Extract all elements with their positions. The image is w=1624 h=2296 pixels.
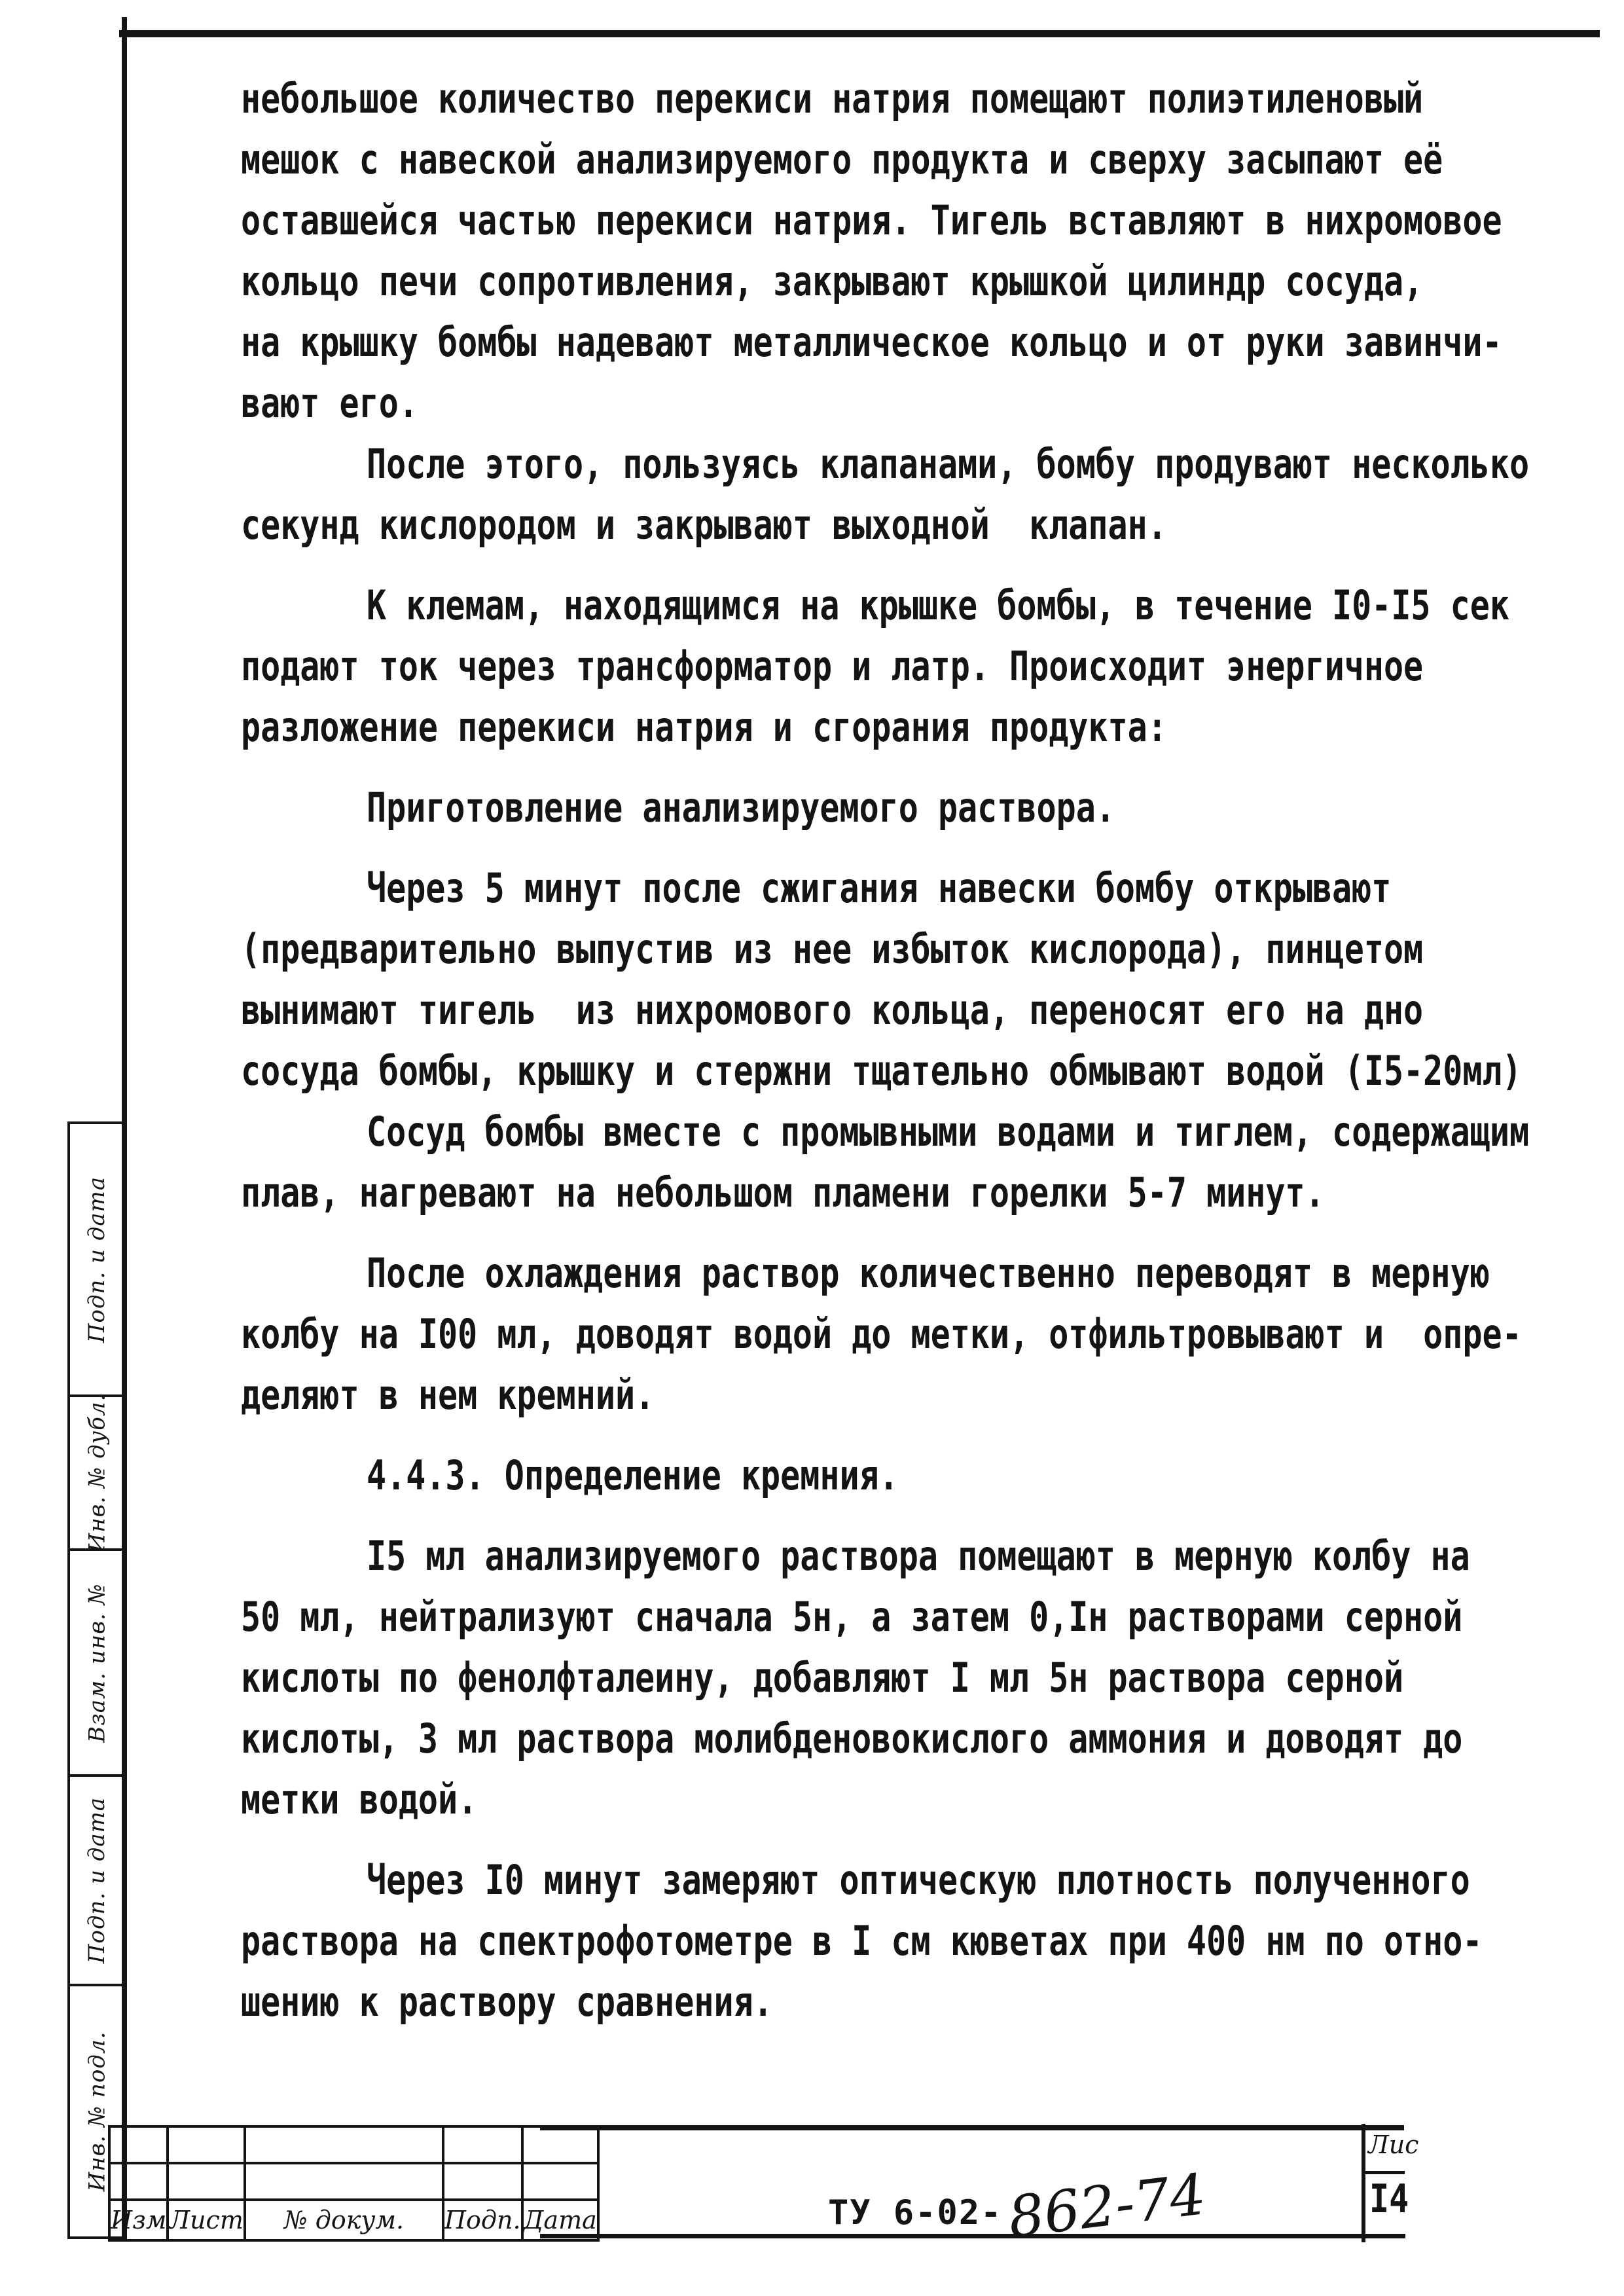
sheet-number: I4 — [1369, 2176, 1409, 2222]
empty-cell — [443, 2126, 522, 2163]
footer-title-block-table: Изм Лист № докум. Подп. Дата — [108, 2125, 600, 2242]
text-line: секунд кислородом и закрывают выходной к… — [241, 487, 1615, 563]
table-row — [109, 2126, 598, 2163]
text-line: метки водой. — [241, 1762, 1615, 1838]
column-header-no-dokum: № докум. — [245, 2200, 443, 2240]
empty-cell — [522, 2163, 598, 2200]
text-line: шению к раствору сравнения. — [241, 1964, 1615, 2040]
sidebar-cell-podp-i-data: Подп. и дата — [67, 1121, 127, 1394]
table-row — [109, 2163, 598, 2200]
sheet-box-left-border — [1362, 2124, 1365, 2242]
text-line: деляют в нем кремний. — [241, 1357, 1615, 1433]
empty-cell — [168, 2163, 245, 2200]
empty-cell — [245, 2163, 443, 2200]
sheet-label: Лис — [1368, 2130, 1418, 2159]
empty-cell — [443, 2163, 522, 2200]
empty-cell — [109, 2126, 168, 2163]
sidebar-cell-label: Взам. инв. № — [84, 1583, 111, 1742]
text-line: плав, нагревают на небольшом пламени гор… — [241, 1155, 1615, 1231]
document-designation: ТУ 6-02-862-74 — [828, 2180, 1207, 2246]
text-line: 4.4.3. Определение кремния. — [241, 1438, 1615, 1514]
body-text: небольшое количество перекиси натрия пом… — [241, 69, 1615, 2033]
scanned-document-page: небольшое количество перекиси натрия пом… — [0, 0, 1624, 2296]
doc-number-handwritten: 862-74 — [1005, 2162, 1210, 2251]
frame-top-border — [119, 30, 1600, 37]
sidebar-cell-label: Подп. и дата — [84, 1797, 111, 1963]
column-header-izm: Изм — [109, 2200, 168, 2240]
column-header-podp: Подп. — [443, 2200, 522, 2240]
sidebar-cell-vzam-inv-no: Взам. инв. № — [67, 1548, 127, 1774]
footer-top-rule — [540, 2125, 1404, 2130]
text-line: разложение перекиси натрия и сгорания пр… — [241, 689, 1615, 765]
column-header-list: Лист — [168, 2200, 245, 2240]
sidebar-cell-label: Инв. № подл. — [84, 2032, 111, 2192]
empty-cell — [245, 2126, 443, 2163]
text-line: Приготовление анализируемого раствора. — [241, 770, 1615, 846]
empty-cell — [109, 2163, 168, 2200]
sidebar-stamp-column: Подп. и дата Инв. № дубл. Взам. инв. № П… — [67, 1121, 127, 2239]
empty-cell — [168, 2126, 245, 2163]
doc-number-typed: ТУ 6-02- — [828, 2193, 1002, 2232]
sheet-box-divider — [1362, 2171, 1405, 2174]
sidebar-cell-podp-i-data-2: Подп. и дата — [67, 1774, 127, 1984]
sidebar-cell-inv-no-dubl: Инв. № дубл. — [67, 1394, 127, 1548]
sidebar-cell-label: Подп. и дата — [84, 1176, 111, 1342]
table-header-row: Изм Лист № докум. Подп. Дата — [109, 2200, 598, 2240]
sidebar-cell-label: Инв. № дубл. — [84, 1394, 111, 1548]
empty-cell — [522, 2126, 598, 2163]
